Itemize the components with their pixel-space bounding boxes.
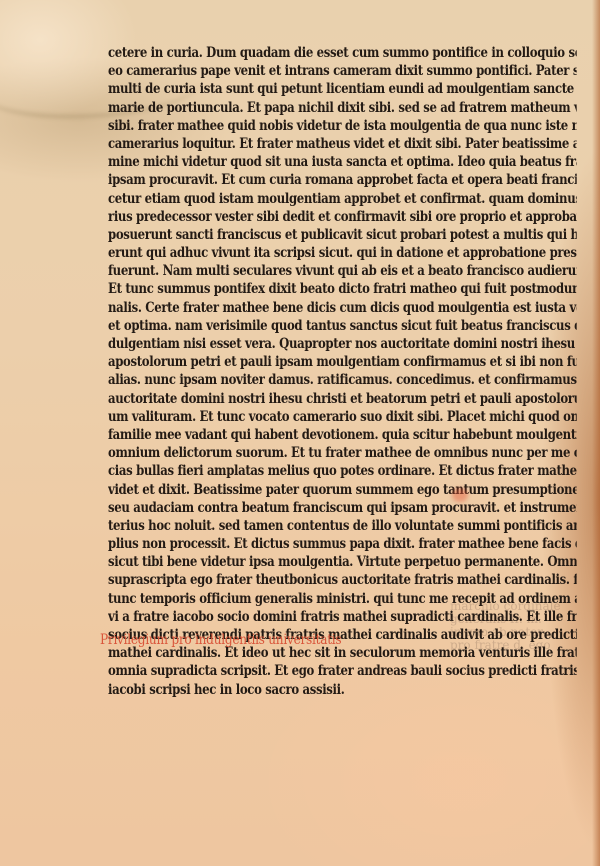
bleed-line: pro fratre d. ego (450, 639, 560, 652)
text-line: cetere in curia. Dum quadam die esset cu… (108, 44, 577, 62)
text-line: nalis. Certe frater mathee bene dicis cu… (108, 299, 577, 317)
text-line: terius hoc noluit. sed tamen contentus d… (108, 517, 577, 535)
text-line: plius non processit. Et dictus summus pa… (108, 535, 577, 553)
text-line: et optima. nam verisimile quod tantus sa… (108, 317, 577, 335)
text-line: um valituram. Et tunc vocato camerario s… (108, 408, 577, 426)
text-line: auctoritate domini nostri ihesu christi … (108, 390, 577, 408)
text-line: fuerunt. Nam multi seculares vivunt qui … (108, 262, 577, 280)
text-line: cetur etiam quod istam moulgentiam appro… (108, 190, 577, 208)
text-line: familie mee vadant qui habent devotionem… (108, 426, 577, 444)
text-line: cias bullas fieri amplatas melius quo po… (108, 462, 577, 480)
manuscript-page: cetere in curia. Dum quadam die esset cu… (0, 0, 600, 866)
text-line: eo camerarius pape venit et intrans came… (108, 62, 577, 80)
text-line: seu audaciam contra beatum franciscum qu… (108, 499, 577, 517)
page-edge-shadow (592, 0, 600, 866)
text-line: ipsam procuravit. Et cum curia romana ap… (108, 171, 577, 189)
text-line: posuerunt sancti franciscus et publicavi… (108, 226, 577, 244)
text-line: rius predecessor vester sibi dedit et co… (108, 208, 577, 226)
text-line: alias. nunc ipsam noviter damus. ratific… (108, 371, 577, 389)
text-line: mine michi videtur quod sit una iusta sa… (108, 153, 577, 171)
text-line: marie de portiuncula. Et papa nichil dix… (108, 99, 577, 117)
red-ink-blot (452, 488, 468, 502)
text-line: videt et dixit. Beatissime pater quorum … (108, 481, 577, 499)
text-line: erunt qui adhuc vivunt ita scripsi sicut… (108, 244, 577, 262)
text-line: sicut tibi bene videtur ipsa moulgentia.… (108, 553, 577, 571)
text-line: omnia supradicta scripsit. Et ego frater… (108, 662, 577, 680)
bleed-through-text: marchio cordinale generalis fr. m. in qu… (450, 600, 560, 652)
text-line: multi de curia ista sunt qui petunt lice… (108, 80, 577, 98)
rubric-heading: Privilegium pro indulgentiis universitat… (100, 632, 341, 648)
text-line: iacobi scripsi hec in loco sacro assisii… (108, 681, 577, 699)
text-line: sibi. frater mathee quid nobis videtur d… (108, 117, 577, 135)
text-line: camerarius loquitur. Et frater matheus v… (108, 135, 577, 153)
text-line: suprascripta ego frater theutbonicus auc… (108, 571, 577, 589)
text-line: apostolorum petri et pauli ipsam moulgen… (108, 353, 577, 371)
text-line: dulgentiam nisi esset vera. Quapropter n… (108, 335, 577, 353)
text-line: Et tunc summus pontifex dixit beato dict… (108, 280, 577, 298)
text-line: omnium delictorum suorum. Et tu frater m… (108, 444, 577, 462)
